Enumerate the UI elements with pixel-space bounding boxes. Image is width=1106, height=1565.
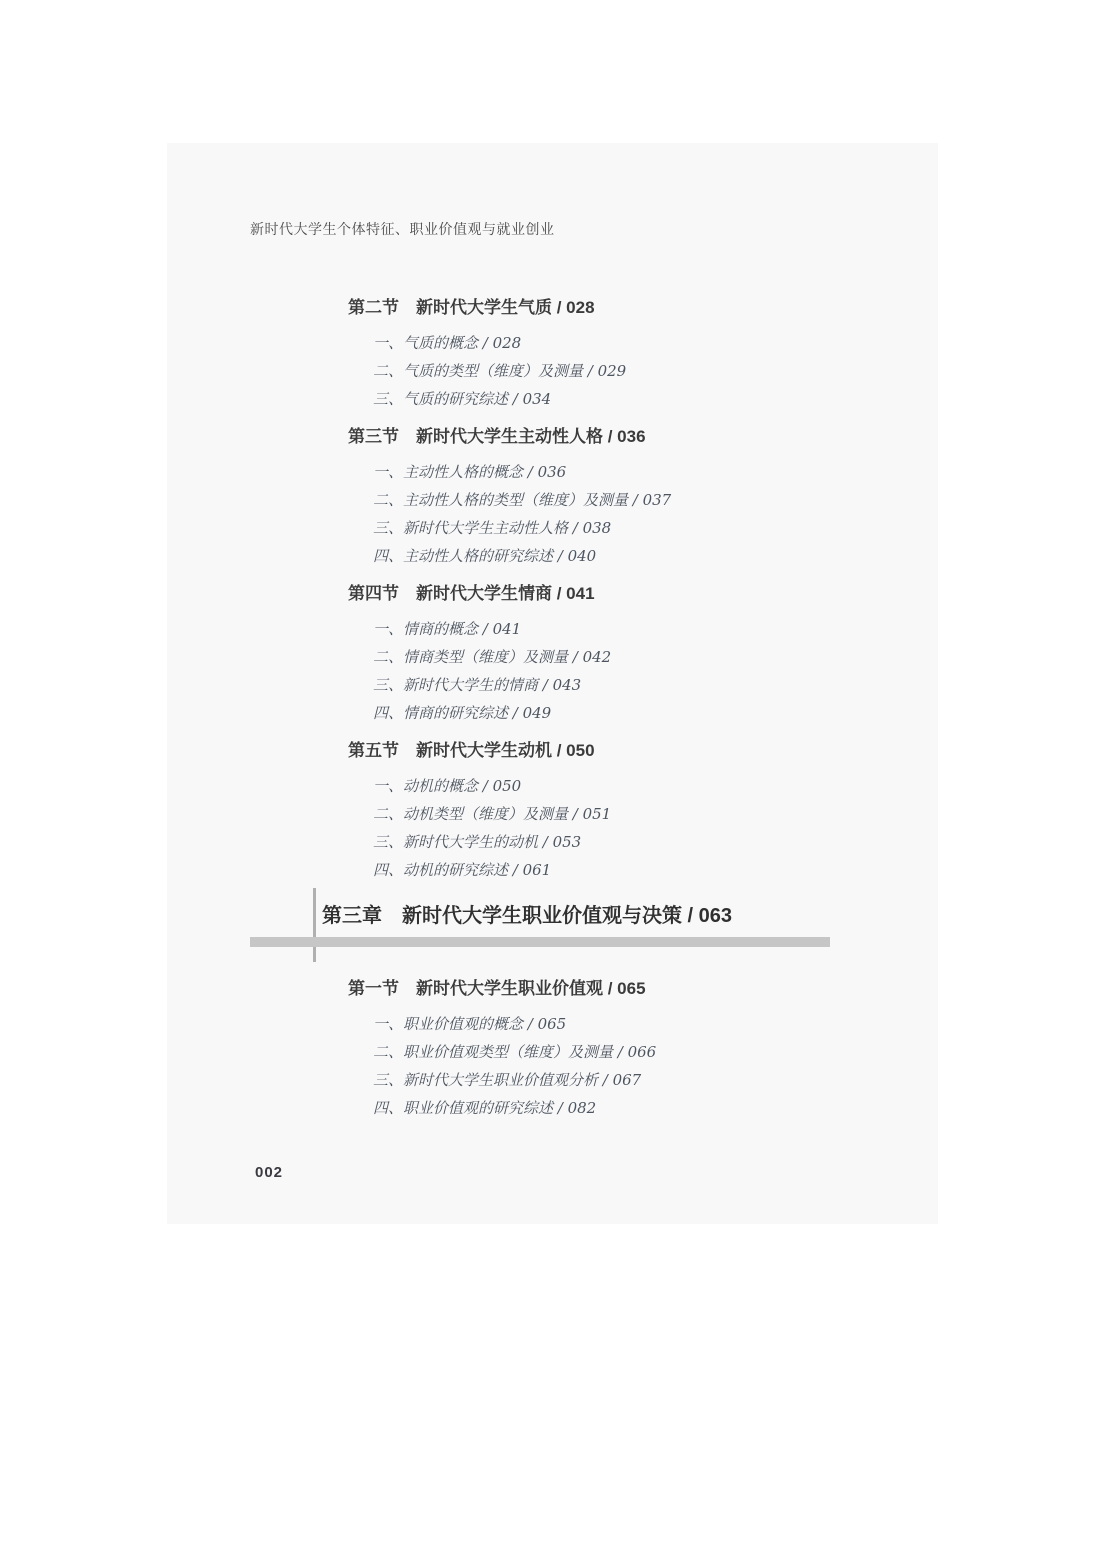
toc-entry: 二、动机类型（维度）及测量 / 051	[348, 800, 908, 828]
chapter-horizontal-rule	[250, 937, 830, 947]
toc-section-heading: 第三节 新时代大学生主动性人格 / 036	[348, 427, 908, 446]
toc-entry: 三、新时代大学生的情商 / 043	[348, 671, 908, 699]
toc-entry: 二、气质的类型（维度）及测量 / 029	[348, 357, 908, 385]
toc-page: 新时代大学生个体特征、职业价值观与就业创业 第二节 新时代大学生气质 / 028…	[167, 143, 938, 1224]
toc-item-list: 一、情商的概念 / 041 二、情商类型（维度）及测量 / 042 三、新时代大…	[348, 615, 908, 727]
toc-section-heading: 第五节 新时代大学生动机 / 050	[348, 741, 908, 760]
toc-item-list: 一、职业价值观的概念 / 065 二、职业价值观类型（维度）及测量 / 066 …	[348, 1010, 908, 1122]
toc-entry: 四、情商的研究综述 / 049	[348, 699, 908, 727]
toc-entry: 二、职业价值观类型（维度）及测量 / 066	[348, 1038, 908, 1066]
toc-entry: 二、主动性人格的类型（维度）及测量 / 037	[348, 486, 908, 514]
toc-entry: 四、动机的研究综述 / 061	[348, 856, 908, 884]
toc-item-list: 一、动机的概念 / 050 二、动机类型（维度）及测量 / 051 三、新时代大…	[348, 772, 908, 884]
toc-entry: 一、动机的概念 / 050	[348, 772, 908, 800]
toc-item-list: 一、主动性人格的概念 / 036 二、主动性人格的类型（维度）及测量 / 037…	[348, 458, 908, 570]
toc-section-heading: 第四节 新时代大学生情商 / 041	[348, 584, 908, 603]
toc-entry: 一、主动性人格的概念 / 036	[348, 458, 908, 486]
toc-section-heading: 第一节 新时代大学生职业价值观 / 065	[348, 979, 908, 998]
toc-section-zhudongxing-renge: 第三节 新时代大学生主动性人格 / 036 一、主动性人格的概念 / 036 二…	[348, 427, 908, 570]
chapter-heading-block: 第三章 新时代大学生职业价值观与决策 / 063	[313, 904, 908, 966]
page-number: 002	[255, 1164, 283, 1181]
toc-section-qizhi: 第二节 新时代大学生气质 / 028 一、气质的概念 / 028 二、气质的类型…	[348, 298, 908, 413]
toc-entry: 三、新时代大学生职业价值观分析 / 067	[348, 1066, 908, 1094]
toc-entry: 四、主动性人格的研究综述 / 040	[348, 542, 908, 570]
toc-entry: 二、情商类型（维度）及测量 / 042	[348, 643, 908, 671]
toc-section-qingshang: 第四节 新时代大学生情商 / 041 一、情商的概念 / 041 二、情商类型（…	[348, 584, 908, 727]
running-head: 新时代大学生个体特征、职业价值观与就业创业	[250, 221, 555, 237]
document-canvas: 新时代大学生个体特征、职业价值观与就业创业 第二节 新时代大学生气质 / 028…	[0, 0, 1106, 1565]
toc-entry: 三、新时代大学生主动性人格 / 038	[348, 514, 908, 542]
toc-entry: 三、气质的研究综述 / 034	[348, 385, 908, 413]
toc-entry: 三、新时代大学生的动机 / 053	[348, 828, 908, 856]
toc-section-dongji: 第五节 新时代大学生动机 / 050 一、动机的概念 / 050 二、动机类型（…	[348, 741, 908, 884]
toc-entry: 一、气质的概念 / 028	[348, 329, 908, 357]
toc-section-zhiye-jiazhiguan: 第一节 新时代大学生职业价值观 / 065 一、职业价值观的概念 / 065 二…	[348, 979, 908, 1122]
toc-content: 第二节 新时代大学生气质 / 028 一、气质的概念 / 028 二、气质的类型…	[348, 298, 908, 1136]
toc-entry: 一、职业价值观的概念 / 065	[348, 1010, 908, 1038]
chapter-heading: 第三章 新时代大学生职业价值观与决策 / 063	[313, 904, 908, 929]
toc-section-heading: 第二节 新时代大学生气质 / 028	[348, 298, 908, 317]
toc-item-list: 一、气质的概念 / 028 二、气质的类型（维度）及测量 / 029 三、气质的…	[348, 329, 908, 413]
toc-entry: 一、情商的概念 / 041	[348, 615, 908, 643]
toc-entry: 四、职业价值观的研究综述 / 082	[348, 1094, 908, 1122]
